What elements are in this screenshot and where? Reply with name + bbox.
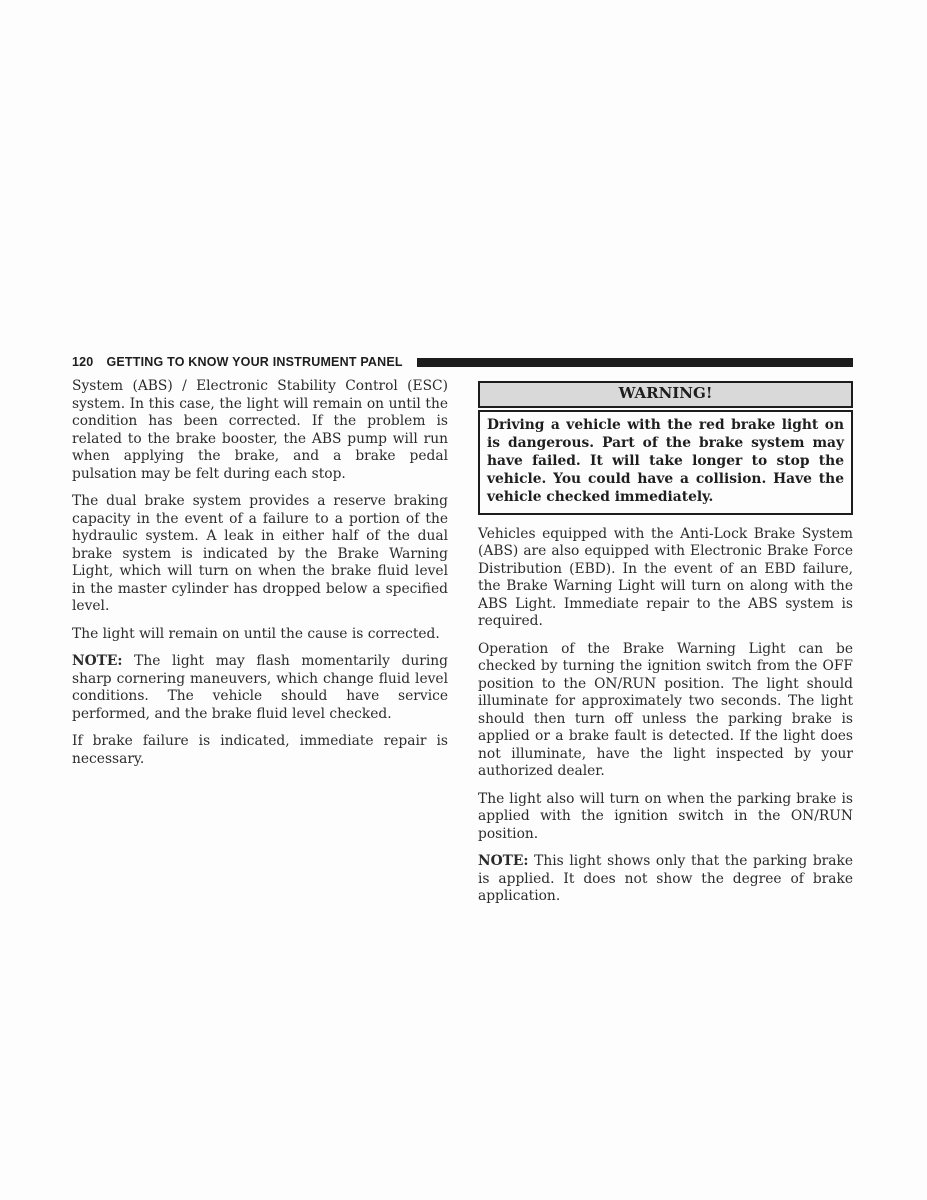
paragraph-light-remain: The light will remain on until the cause…: [72, 626, 448, 644]
note-label: NOTE:: [72, 653, 123, 669]
warning-body: Driving a vehicle with the red brake lig…: [478, 410, 853, 515]
manual-page: 120 GETTING TO KNOW YOUR INSTRUMENT PANE…: [0, 0, 927, 1200]
note-text: This light shows only that the parking b…: [478, 853, 853, 904]
paragraph-operation-check: Operation of the Brake Warning Light can…: [478, 641, 853, 781]
warning-title: WARNING!: [478, 381, 853, 408]
paragraph-note-left: NOTE: The light may flash momentarily du…: [72, 653, 448, 723]
paragraph-brake-failure: If brake failure is indicated, immediate…: [72, 733, 448, 768]
paragraph-note-right: NOTE: This light shows only that the par…: [478, 853, 853, 906]
paragraph-abs-ebd: Vehicles equipped with the Anti-Lock Bra…: [478, 526, 853, 631]
paragraph-dual-brake: The dual brake system provides a reserve…: [72, 493, 448, 616]
paragraph-abs-esc: System (ABS) / Electronic Stability Cont…: [72, 378, 448, 483]
paragraph-parking-brake: The light also will turn on when the par…: [478, 791, 853, 844]
warning-box: WARNING! Driving a vehicle with the red …: [478, 381, 853, 515]
page-title: GETTING TO KNOW YOUR INSTRUMENT PANEL: [106, 355, 402, 369]
page-header: 120 GETTING TO KNOW YOUR INSTRUMENT PANE…: [72, 355, 853, 369]
header-rule-bar: [417, 358, 853, 367]
note-label: NOTE:: [478, 853, 529, 869]
left-column: System (ABS) / Electronic Stability Cont…: [72, 378, 448, 778]
page-number: 120: [72, 355, 93, 369]
note-text: The light may flash momentarily during s…: [72, 653, 448, 722]
right-column: WARNING! Driving a vehicle with the red …: [478, 381, 853, 916]
